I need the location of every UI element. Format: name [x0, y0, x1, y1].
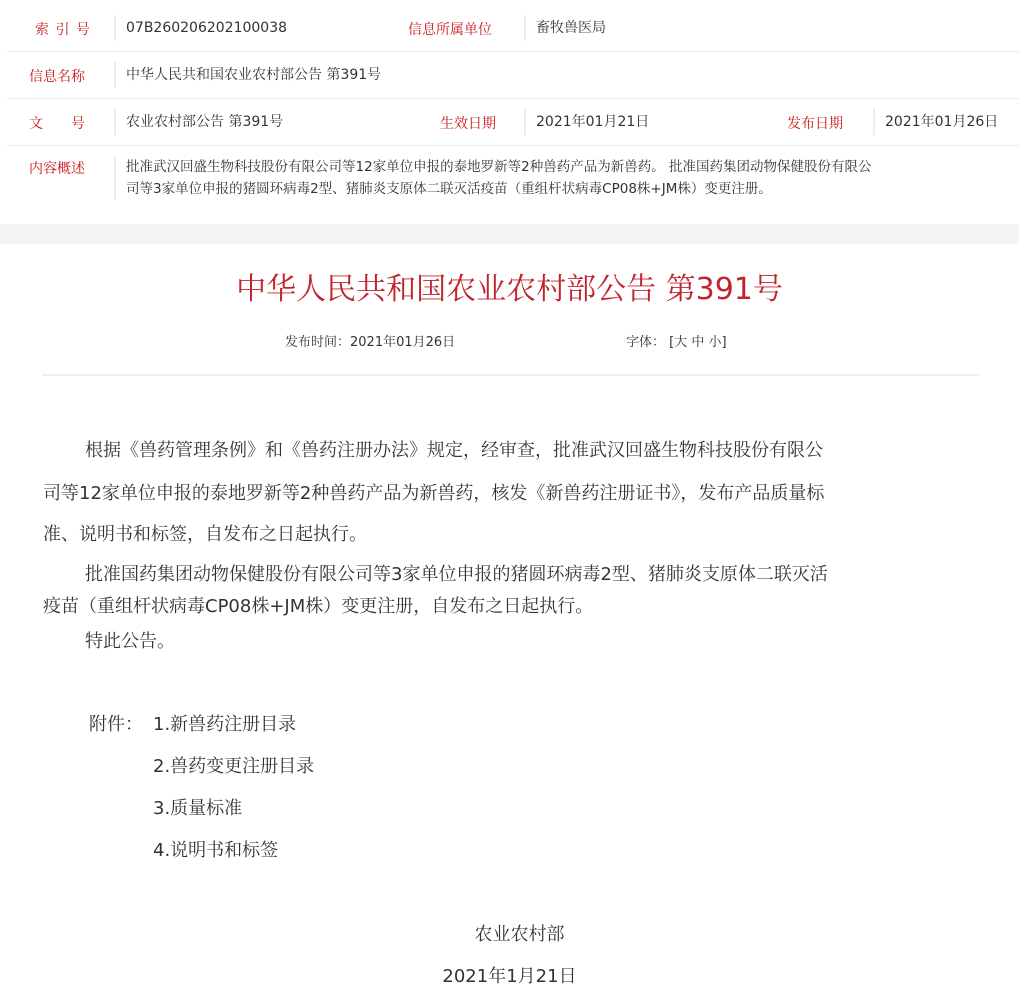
publish-date-label: 发布日期: [787, 113, 843, 133]
info-name-value: 中华人民共和国农业农村部公告 第391号: [114, 62, 381, 88]
index-number-value: 07B260206202100038: [114, 15, 287, 41]
info-unit-value: 畜牧兽医局: [524, 15, 606, 41]
attachment-link-2[interactable]: 2.兽药变更注册目录: [153, 752, 314, 778]
font-size-label: 字体：: [626, 335, 665, 350]
index-number-label: 索 引 号: [35, 19, 105, 39]
effective-date-label: 生效日期: [440, 113, 496, 133]
info-metadata-table: 索 引 号 07B260206202100038 信息所属单位 畜牧兽医局 信息…: [7, 5, 1019, 208]
font-size-control: 字体： [大 中 小]: [626, 331, 727, 350]
para1-line3: 准、说明书和标签，自发布之日起执行。: [43, 520, 367, 546]
attachment-link-3[interactable]: 3.质量标准: [153, 794, 242, 820]
font-size-small-button[interactable]: 小]: [709, 335, 727, 350]
para2-line2: 疫苗（重组杆状病毒CP08株+JM株）变更注册，自发布之日起执行。: [43, 592, 593, 618]
signature-date: 2021年1月21日: [0, 962, 1019, 988]
section-separator-band: [0, 224, 1019, 244]
summary-value: 批准武汉回盛生物科技股份有限公司等12家单位申报的泰地罗新等2种兽药产品为新兽药…: [114, 156, 1019, 200]
article-title: 中华人民共和国农业农村部公告 第391号: [0, 264, 1019, 308]
para1-line2: 司等12家单位申报的泰地罗新等2种兽药产品为新兽药，核发《新兽药注册证书》，发布…: [43, 479, 824, 505]
attachment-link-4[interactable]: 4.说明书和标签: [153, 836, 278, 862]
font-size-large-button[interactable]: [大: [669, 335, 687, 350]
info-unit-label: 信息所属单位: [408, 19, 492, 39]
info-name-label: 信息名称: [29, 66, 85, 86]
header-divider: [42, 374, 980, 376]
effective-date-value: 2021年01月21日: [524, 109, 649, 135]
publish-time: 发布时间：2021年01月26日: [285, 331, 455, 350]
doc-number-label: 文 号: [29, 113, 85, 133]
summary-line-2: 司等3家单位申报的猪圆环病毒2型、猪肺炎支原体二联灭活疫苗（重组杆状病毒CP08…: [126, 178, 1019, 200]
summary-line-1: 批准武汉回盛生物科技股份有限公司等12家单位申报的泰地罗新等2种兽药产品为新兽药…: [126, 156, 1019, 178]
para1-line1: 根据《兽药管理条例》和《兽药注册办法》规定，经审查，批准武汉回盛生物科技股份有限…: [85, 436, 823, 462]
publish-time-value: 2021年01月26日: [350, 335, 455, 350]
para2-line1: 批准国药集团动物保健股份有限公司等3家单位申报的猪圆环病毒2型、猪肺炎支原体二联…: [85, 560, 828, 586]
meta-row-docnumber: 文 号 农业农村部公告 第391号 生效日期 2021年01月21日 发布日期 …: [7, 99, 1019, 146]
attachment-link-1[interactable]: 1.新兽药注册目录: [153, 710, 296, 736]
publish-date-value: 2021年01月26日: [873, 109, 998, 135]
attachments-label: 附件：: [89, 710, 143, 736]
closing-statement: 特此公告。: [85, 627, 175, 653]
doc-number-value: 农业农村部公告 第391号: [114, 109, 283, 135]
summary-label: 内容概述: [29, 158, 85, 178]
signature-org: 农业农村部: [0, 920, 1019, 946]
font-size-medium-button[interactable]: 中: [691, 335, 704, 350]
meta-row-index: 索 引 号 07B260206202100038 信息所属单位 畜牧兽医局: [7, 5, 1019, 52]
publish-time-label: 发布时间：: [285, 335, 350, 350]
meta-row-summary: 内容概述 批准武汉回盛生物科技股份有限公司等12家单位申报的泰地罗新等2种兽药产…: [7, 146, 1019, 208]
meta-row-name: 信息名称 中华人民共和国农业农村部公告 第391号: [7, 52, 1019, 99]
